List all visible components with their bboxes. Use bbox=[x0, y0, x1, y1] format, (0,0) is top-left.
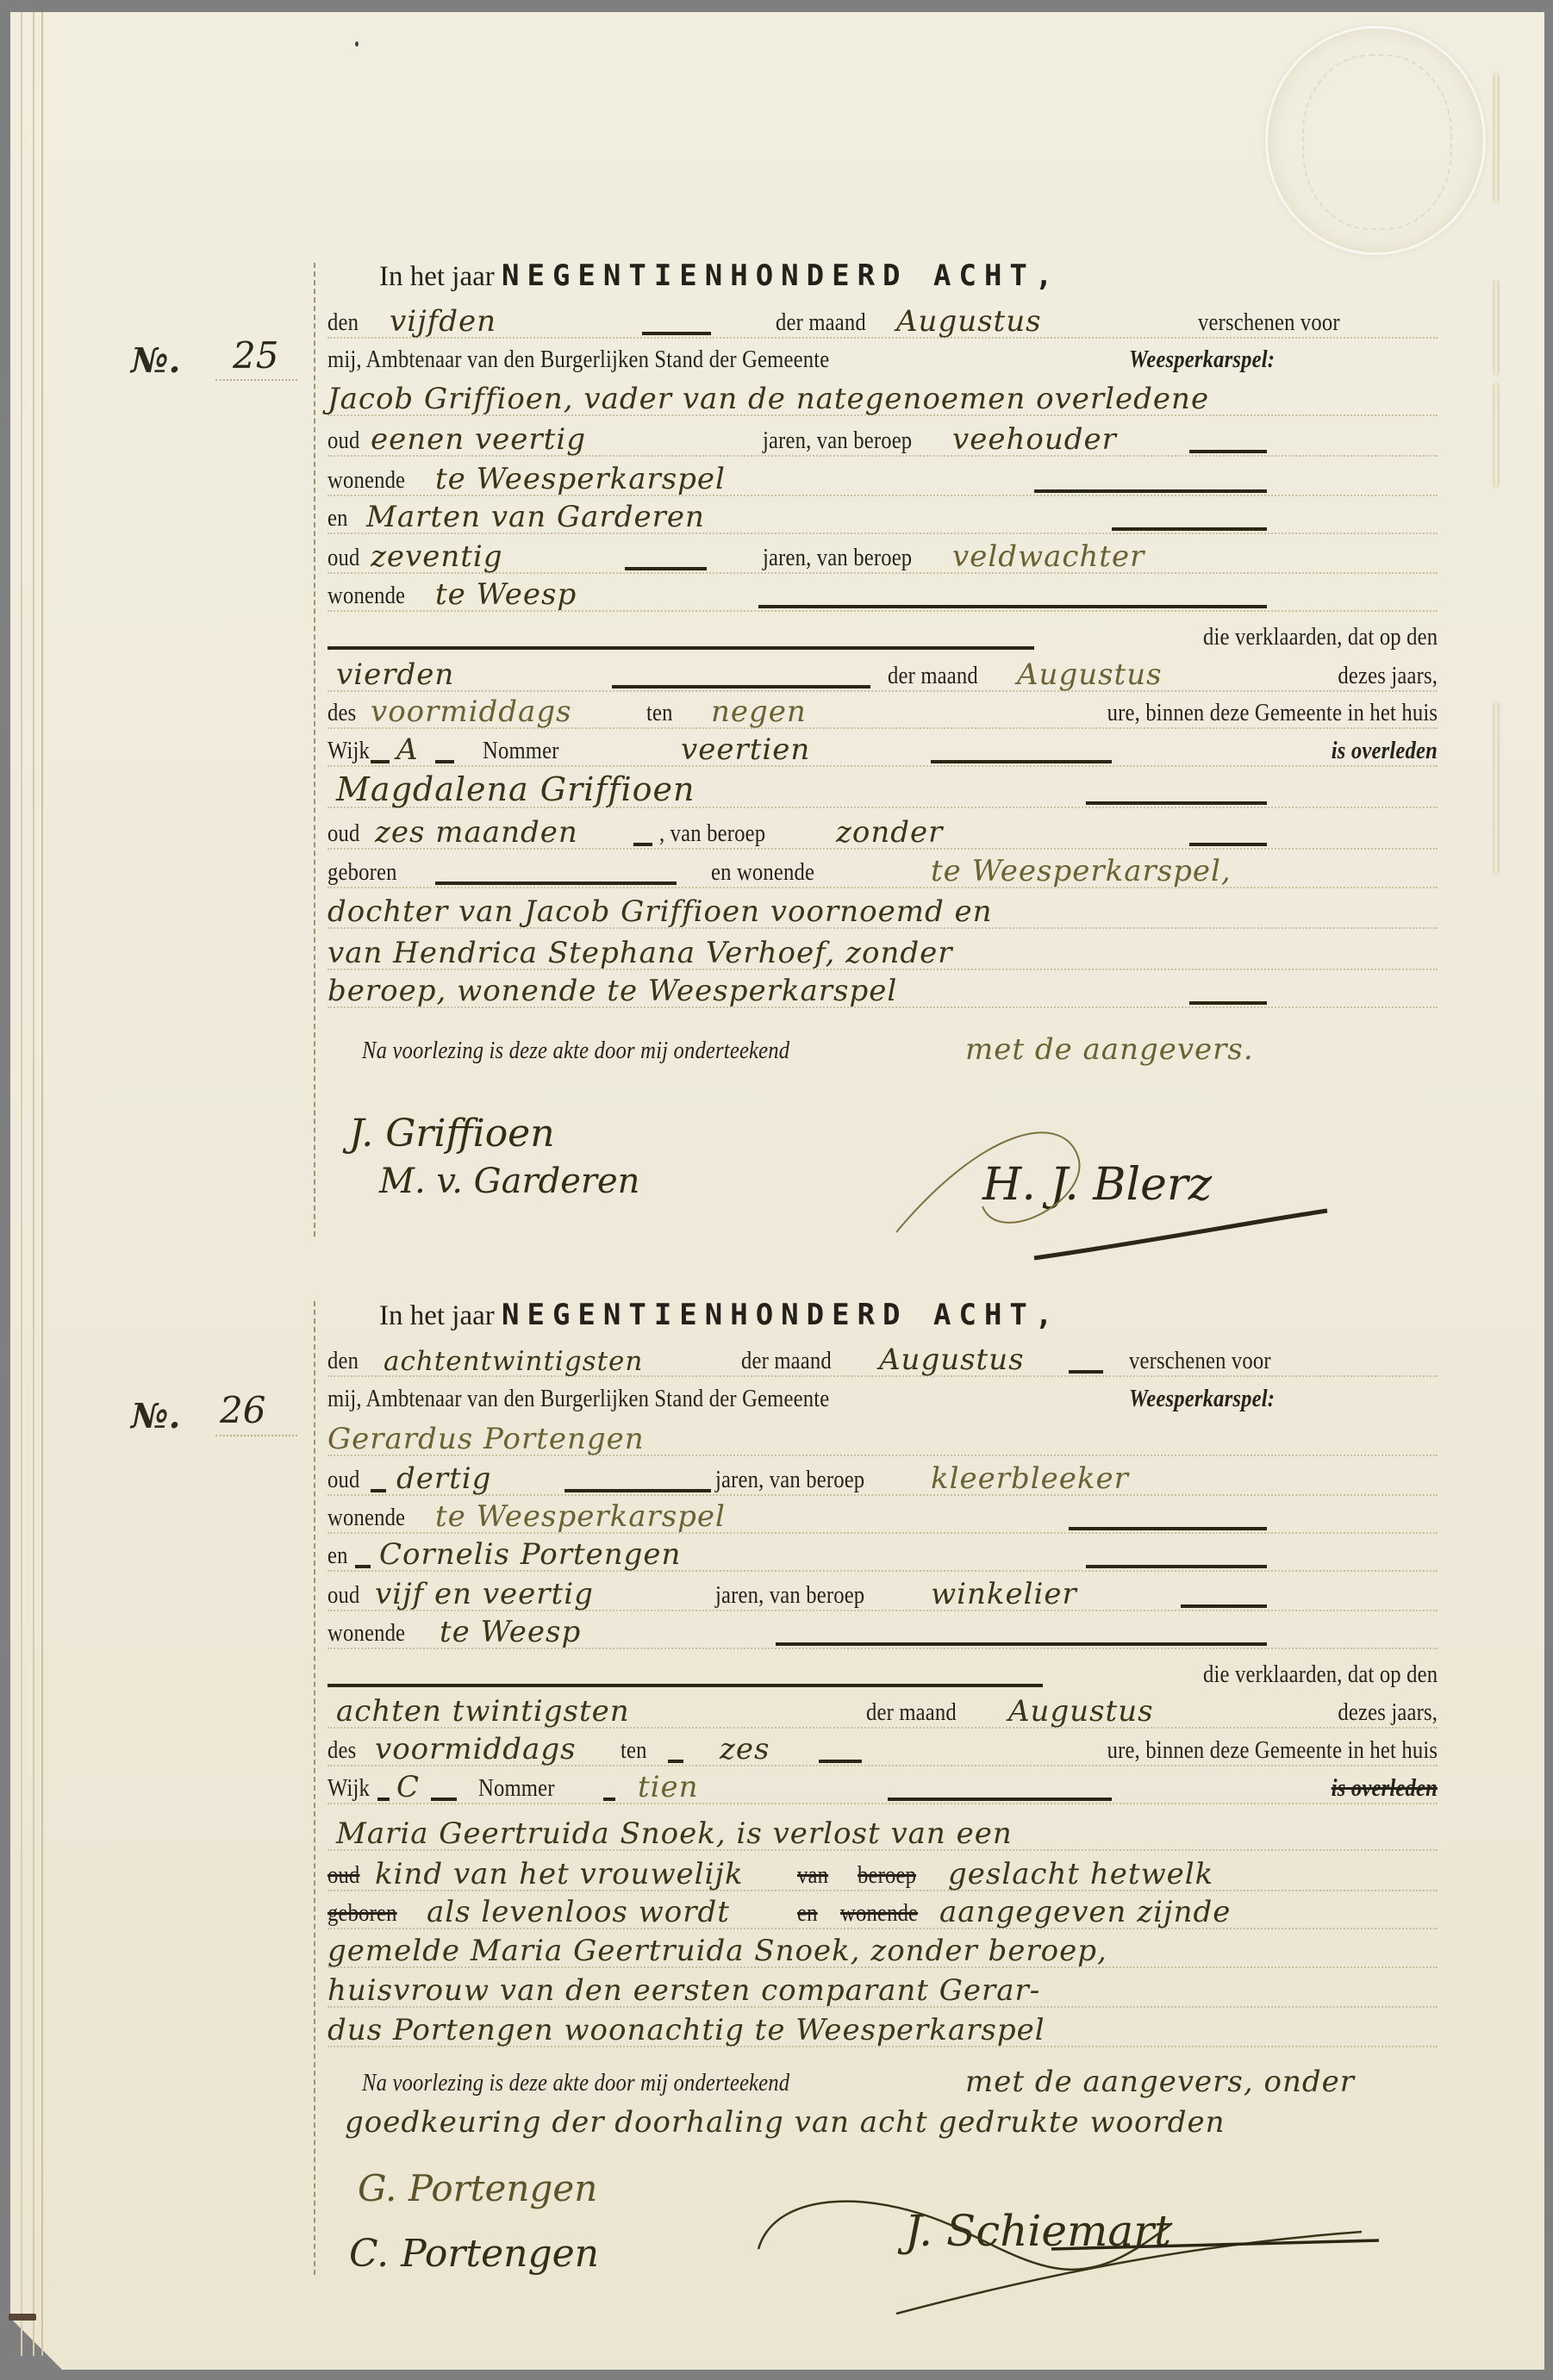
field-overlijden-dag: vierden bbox=[336, 657, 454, 692]
label-nommer: Nommer bbox=[478, 1774, 555, 1803]
header-year: NEGENTIENHONDERD ACHT, bbox=[502, 259, 1060, 293]
field-regel-maria: Maria Geertruida Snoek, is verlost van e… bbox=[336, 1816, 1013, 1851]
field-woonplaats: te Weesperkarspel bbox=[435, 1499, 726, 1534]
line-ambtenaar: mij, Ambtenaar van den Burgerlijken Stan… bbox=[327, 343, 1438, 381]
entry-number: 26 bbox=[220, 1389, 265, 1431]
label-der-maand: der maand bbox=[888, 662, 978, 690]
number-label: №. bbox=[131, 340, 180, 381]
number-dots bbox=[215, 379, 297, 381]
signature-comparant1: J. Griffioen bbox=[349, 1112, 555, 1156]
line-dus: dus Portengen woonachtig te Weesperkarsp… bbox=[327, 2015, 1438, 2053]
line-date: den achtentwintigsten der maand Augustus… bbox=[327, 1344, 1438, 1382]
field-beroep: winkelier bbox=[931, 1577, 1077, 1611]
line-comparant1-wonende: wonende te Weesperkarspel bbox=[327, 1501, 1438, 1539]
line-comparant2-oud: oud vijf en veertig jaren, van beroep wi… bbox=[327, 1579, 1438, 1617]
binding-stitch bbox=[1494, 73, 1499, 202]
line-gemelde: gemelde Maria Geertruida Snoek, zonder b… bbox=[327, 1935, 1438, 1973]
line-goedkeuring: goedkeuring der doorhaling van acht gedr… bbox=[327, 2107, 1438, 2145]
field-comparant1-naam: Jacob Griffioen, vader van de nategenoem… bbox=[327, 382, 1209, 416]
label-na-voorlezing: Na voorlezing is deze akte door mij onde… bbox=[362, 1037, 789, 1065]
line-comparant1-naam: Jacob Griffioen, vader van de nategenoem… bbox=[327, 383, 1438, 421]
label-der-maand: der maand bbox=[741, 1347, 832, 1375]
line-comparant2-wonende: wonende te Weesp bbox=[327, 579, 1438, 617]
label-wonende: wonende bbox=[327, 582, 405, 610]
number-label: №. bbox=[131, 1396, 180, 1436]
line-levenloos: geboren als levenloos wordt en wonende a… bbox=[327, 1897, 1438, 1935]
label-oud: oud bbox=[327, 427, 359, 455]
binding-stitch bbox=[1494, 702, 1499, 875]
label-jaren-beroep: jaren, van beroep bbox=[715, 1466, 864, 1494]
label-oud-struck: oud bbox=[327, 1861, 359, 1890]
signature-comparant2: M. v. Garderen bbox=[379, 1162, 639, 1201]
field-regel-goedkeuring: goedkeuring der doorhaling van acht gedr… bbox=[345, 2105, 1226, 2140]
label-jaren-beroep: jaren, van beroep bbox=[763, 544, 912, 572]
line-adres: Wijk A Nommer veertien is overleden bbox=[327, 734, 1438, 772]
label-oud: oud bbox=[327, 1581, 359, 1610]
line-overledene-oud: oud zes maanden , van beroep zonder bbox=[327, 817, 1438, 855]
header-prefix: In het jaar bbox=[379, 1300, 495, 1331]
field-nommer: veertien bbox=[681, 732, 810, 767]
field-beroep: veldwachter bbox=[952, 539, 1144, 574]
line-maria: Maria Geertruida Snoek, is verlost van e… bbox=[327, 1818, 1438, 1856]
label-gemeente: Weesperkarspel: bbox=[1129, 1385, 1275, 1413]
field-ouders: dochter van Jacob Griffioen voornoemd en bbox=[327, 894, 993, 929]
line-kind: oud kind van het vrouwelijk van beroep g… bbox=[327, 1859, 1438, 1897]
label-verschenen-voor: verschenen voor bbox=[1198, 308, 1340, 337]
field-overlijden-maand: Augustus bbox=[1008, 1694, 1154, 1729]
label-wonende: wonende bbox=[327, 1504, 405, 1532]
label-en: en bbox=[327, 1542, 348, 1570]
line-verklaarden: die verklaarden, dat op den bbox=[327, 1658, 1438, 1696]
label-geboren: geboren bbox=[327, 858, 397, 887]
label-ten: ten bbox=[621, 1736, 647, 1765]
label-ten: ten bbox=[646, 699, 673, 727]
field-dagdeel: voormiddags bbox=[371, 695, 572, 729]
header-year: NEGENTIENHONDERD ACHT, bbox=[502, 1298, 1060, 1332]
field-overlijden-dag: achten twintigsten bbox=[336, 1694, 630, 1729]
label-wonende: wonende bbox=[327, 466, 405, 495]
field-woonplaats: te Weesperkarspel, bbox=[931, 854, 1232, 888]
label-den: den bbox=[327, 308, 359, 337]
label-ambtenaar: mij, Ambtenaar van den Burgerlijken Stan… bbox=[327, 346, 829, 374]
line-tijd: des voormiddags ten zes ure, binnen deze… bbox=[327, 1734, 1438, 1772]
field-woonplaats: te Weesp bbox=[440, 1615, 581, 1649]
label-ure-binnen: ure, binnen deze Gemeente in het huis bbox=[1107, 1736, 1438, 1765]
field-regel-gemelde: gemelde Maria Geertruida Snoek, zonder b… bbox=[327, 1934, 1107, 1968]
field-comparant1-naam: Gerardus Portengen bbox=[327, 1422, 645, 1456]
label-is-overleden-struck: is overleden bbox=[1332, 1774, 1438, 1803]
field-regel-geslacht: geslacht hetwelk bbox=[948, 1857, 1213, 1891]
label-ure-binnen: ure, binnen deze Gemeente in het huis bbox=[1107, 699, 1438, 727]
signature-flourish-icon bbox=[879, 1103, 1362, 1275]
label-is-overleden: is overleden bbox=[1332, 737, 1438, 765]
label-nommer: Nommer bbox=[483, 737, 559, 765]
line-tijd: des voormiddags ten negen ure, binnen de… bbox=[327, 696, 1438, 734]
label-oud: oud bbox=[327, 1466, 359, 1494]
binding-stitch bbox=[1494, 280, 1499, 375]
field-onderteekend-met: met de aangevers. bbox=[965, 1032, 1254, 1067]
line-date: den vijfden der maand Augustus verschene… bbox=[327, 306, 1438, 344]
label-dezes-jaars: dezes jaars, bbox=[1338, 662, 1438, 690]
field-uur: negen bbox=[711, 695, 807, 729]
label-verschenen-voor: verschenen voor bbox=[1129, 1347, 1271, 1375]
binding-tab-mark bbox=[9, 2314, 36, 2321]
line-ouders-2: van Hendrica Stephana Verhoef, zonder bbox=[327, 938, 1438, 975]
field-leeftijd: zes maanden bbox=[375, 815, 578, 850]
label-jaren-beroep: jaren, van beroep bbox=[763, 427, 912, 455]
field-woonplaats: te Weesperkarspel bbox=[435, 462, 726, 496]
field-regel-huisvrouw: huisvrouw van den eersten comparant Gera… bbox=[327, 1973, 1040, 2008]
ink-speck bbox=[355, 41, 359, 47]
line-comparant2-naam: en Cornelis Portengen bbox=[327, 1539, 1438, 1577]
line-comparant2-wonende: wonende te Weesp bbox=[327, 1617, 1438, 1654]
label-den: den bbox=[327, 1347, 359, 1375]
binding-stitch bbox=[1494, 383, 1499, 487]
signature-comparant2: C. Portengen bbox=[349, 2232, 599, 2276]
line-adres: Wijk C Nommer tien is overleden bbox=[327, 1772, 1438, 1810]
line-comparant2-oud: oud zeventig jaren, van beroep veldwacht… bbox=[327, 541, 1438, 579]
line-geboren: geboren en wonende te Weesperkarspel, bbox=[327, 856, 1438, 894]
field-leeftijd: eenen veertig bbox=[371, 422, 586, 457]
field-dag: vijfden bbox=[390, 304, 496, 339]
label-van-struck: van bbox=[797, 1861, 828, 1890]
label-jaren-beroep: jaren, van beroep bbox=[715, 1581, 864, 1610]
field-onderteekend-met: met de aangevers, onder bbox=[965, 2065, 1355, 2099]
line-huisvrouw: huisvrouw van den eersten comparant Gera… bbox=[327, 1975, 1438, 2013]
page-binding-edge bbox=[33, 12, 43, 2356]
field-maand: Augustus bbox=[879, 1343, 1025, 1377]
label-oud: oud bbox=[327, 819, 359, 848]
field-woonplaats: te Weesp bbox=[435, 577, 577, 612]
field-regel-kind: kind van het vrouwelijk bbox=[375, 1857, 744, 1891]
line-overlijden-datum: vierden der maand Augustus dezes jaars, bbox=[327, 659, 1438, 697]
field-overlijden-maand: Augustus bbox=[1017, 657, 1163, 692]
page-edge-line bbox=[21, 12, 22, 2356]
seal-crest-icon bbox=[1302, 54, 1452, 230]
line-comparant2-naam: en Marten van Garderen bbox=[327, 502, 1438, 539]
field-comparant2-naam: Marten van Garderen bbox=[366, 500, 705, 534]
field-leeftijd: zeventig bbox=[371, 539, 503, 574]
embossed-seal bbox=[1265, 26, 1486, 255]
line-comparant1-oud: oud dertig jaren, van beroep kleerbleeke… bbox=[327, 1463, 1438, 1501]
field-dag: achtentwintigsten bbox=[384, 1346, 643, 1377]
label-des: des bbox=[327, 1736, 356, 1765]
field-beroep: veehouder bbox=[952, 422, 1117, 457]
label-gemeente: Weesperkarspel: bbox=[1129, 346, 1275, 374]
signature-flourish-icon bbox=[741, 2163, 1379, 2318]
label-wonende: wonende bbox=[327, 1619, 405, 1648]
field-nommer: tien bbox=[638, 1770, 699, 1804]
line-comparant1-wonende: wonende te Weesperkarspel bbox=[327, 464, 1438, 502]
number-dots bbox=[215, 1435, 297, 1436]
label-der-maand: der maand bbox=[776, 308, 866, 337]
margin-rule-entry-25 bbox=[314, 263, 315, 1237]
entry-header: In het jaar NEGENTIENHONDERD ACHT, bbox=[379, 259, 1060, 293]
label-dezes-jaars: dezes jaars, bbox=[1338, 1698, 1438, 1727]
field-dagdeel: voormiddags bbox=[375, 1732, 577, 1766]
field-beroep: kleerbleeker bbox=[931, 1461, 1129, 1496]
label-en-struck: en bbox=[797, 1899, 818, 1928]
label-geboren-struck: geboren bbox=[327, 1899, 397, 1928]
margin-rule-entry-26 bbox=[314, 1301, 315, 2275]
line-comparant1-oud: oud eenen veertig jaren, van beroep veeh… bbox=[327, 424, 1438, 462]
field-wijk: A bbox=[396, 732, 419, 767]
field-ouders: van Hendrica Stephana Verhoef, zonder bbox=[327, 936, 953, 970]
label-oud: oud bbox=[327, 544, 359, 572]
line-na-voorlezing: Na voorlezing is deze akte door mij onde… bbox=[327, 2066, 1438, 2104]
label-wijk: Wijk bbox=[327, 1774, 370, 1803]
line-ambtenaar: mij, Ambtenaar van den Burgerlijken Stan… bbox=[327, 1382, 1438, 1420]
field-leeftijd: dertig bbox=[396, 1461, 491, 1496]
line-na-voorlezing: Na voorlezing is deze akte door mij onde… bbox=[327, 1034, 1438, 1072]
label-des: des bbox=[327, 699, 356, 727]
field-leeftijd: vijf en veertig bbox=[375, 1577, 594, 1611]
field-beroep: zonder bbox=[836, 815, 943, 850]
line-comparant1-naam: Gerardus Portengen bbox=[327, 1424, 1438, 1461]
line-overlijden-datum: achten twintigsten der maand Augustus de… bbox=[327, 1696, 1438, 1734]
label-na-voorlezing: Na voorlezing is deze akte door mij onde… bbox=[362, 2069, 789, 2097]
line-ouders-3: beroep, wonende te Weesperkarspel bbox=[327, 975, 1438, 1013]
field-comparant2-naam: Cornelis Portengen bbox=[379, 1537, 681, 1572]
field-uur: zes bbox=[720, 1732, 770, 1766]
entry-number: 25 bbox=[233, 334, 278, 377]
line-overledene-naam: Magdalena Griffioen bbox=[327, 776, 1438, 813]
label-der-maand: der maand bbox=[866, 1698, 957, 1727]
label-beroep-struck: beroep bbox=[858, 1861, 916, 1890]
label-die-verklaarden: die verklaarden, dat op den bbox=[1203, 623, 1438, 651]
field-regel-dus: dus Portengen woonachtig te Weesperkarsp… bbox=[327, 2013, 1045, 2047]
field-overledene-naam: Magdalena Griffioen bbox=[336, 770, 695, 808]
field-ouders: beroep, wonende te Weesperkarspel bbox=[327, 974, 897, 1008]
field-regel-levenloos: als levenloos wordt bbox=[427, 1895, 730, 1929]
label-wonende-struck: wonende bbox=[840, 1899, 918, 1928]
entry-header: In het jaar NEGENTIENHONDERD ACHT, bbox=[379, 1298, 1060, 1332]
line-verklaarden: die verklaarden, dat op den bbox=[327, 620, 1438, 658]
line-ouders-1: dochter van Jacob Griffioen voornoemd en bbox=[327, 896, 1438, 934]
field-maand: Augustus bbox=[896, 304, 1042, 339]
signature-comparant1: G. Portengen bbox=[358, 2167, 597, 2209]
label-ambtenaar: mij, Ambtenaar van den Burgerlijken Stan… bbox=[327, 1385, 829, 1413]
field-regel-aangegeven: aangegeven zijnde bbox=[939, 1895, 1231, 1929]
label-die-verklaarden: die verklaarden, dat op den bbox=[1203, 1660, 1438, 1689]
label-wijk: Wijk bbox=[327, 737, 370, 765]
label-van-beroep: , van beroep bbox=[659, 819, 765, 848]
label-en: en bbox=[327, 504, 348, 533]
header-prefix: In het jaar bbox=[379, 261, 495, 292]
field-wijk: C bbox=[396, 1770, 420, 1804]
label-en-wonende: en wonende bbox=[711, 858, 814, 887]
